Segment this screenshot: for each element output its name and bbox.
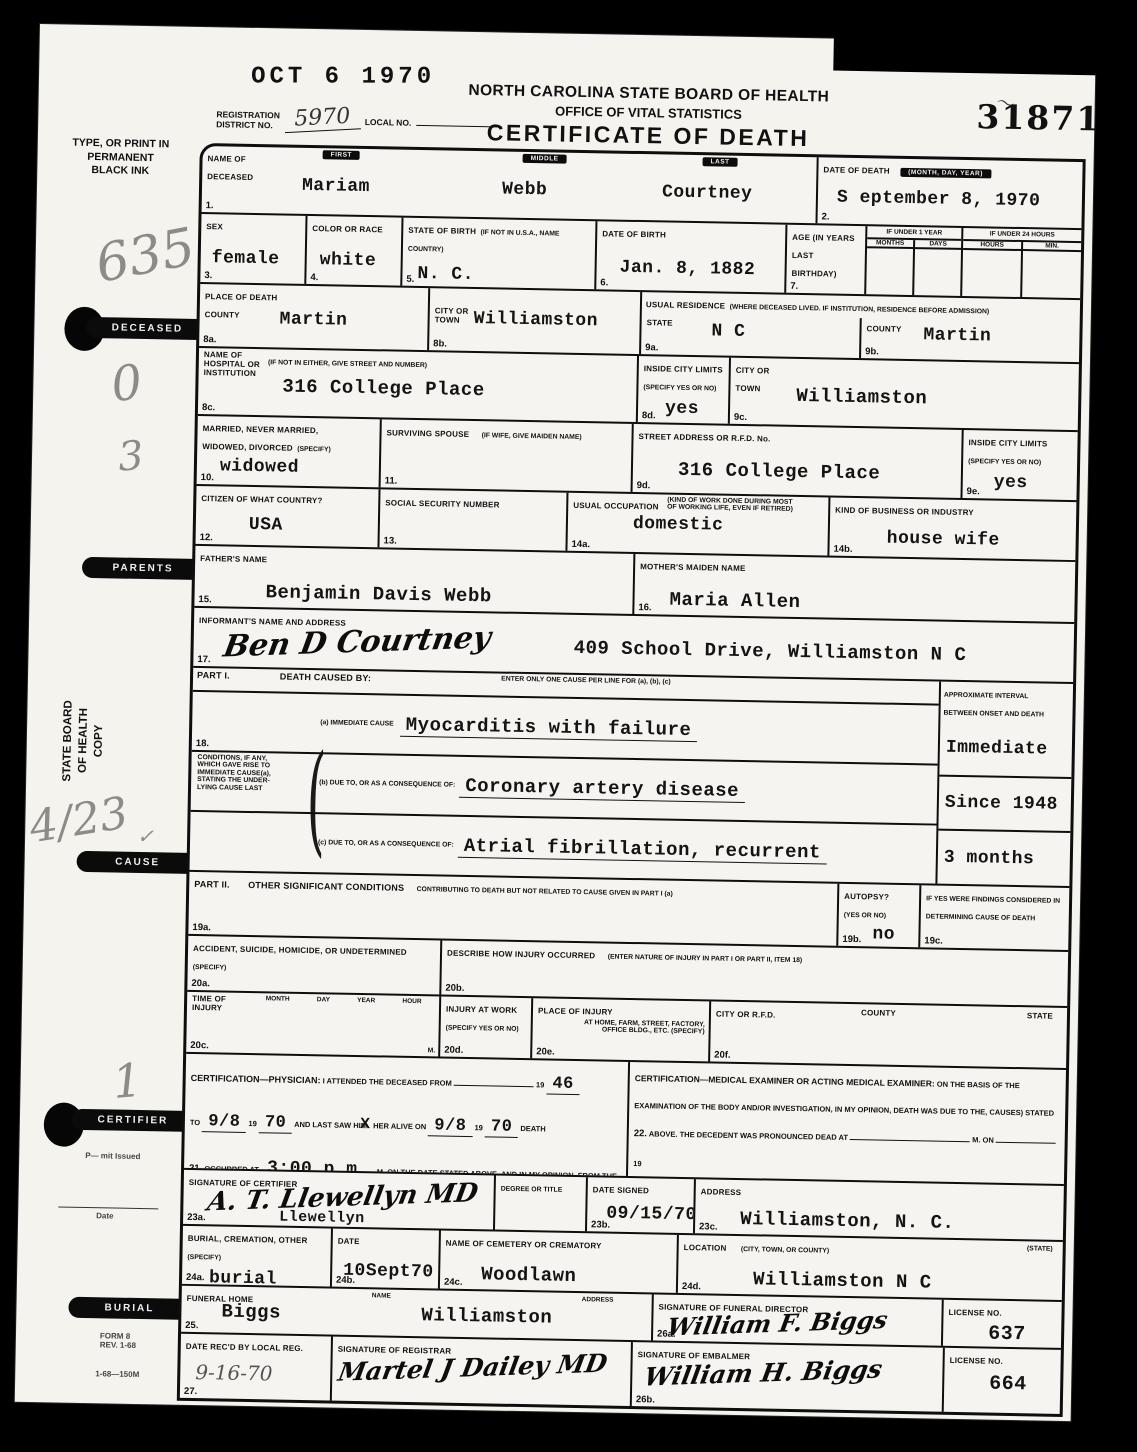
license1-label: LICENSE NO. xyxy=(948,1308,1001,1318)
item-18: 18. xyxy=(196,738,209,749)
marital-sub: (SPECIFY) xyxy=(297,446,331,454)
cert-to-label: TO xyxy=(190,1118,200,1127)
res-limits-value: yes xyxy=(994,473,1073,494)
print-instruction: TYPE, OR PRINT IN PERMANENT BLACK INK xyxy=(55,136,186,179)
time-m-suffix: M. xyxy=(428,1047,436,1055)
pencil-number-635: 635 xyxy=(91,217,200,295)
item-24c: 24c. xyxy=(444,1277,463,1288)
cert-me-m-on: M. ON xyxy=(972,1136,994,1145)
form-number: FORM 8 REV. 1-68 xyxy=(100,1331,136,1350)
name-of-deceased-label: NAME OF DECEASED xyxy=(207,154,253,182)
month-col: MONTH xyxy=(266,995,290,1002)
sex-value: female xyxy=(212,248,301,270)
line-b-label: (b) DUE TO, OR AS A CONSEQUENCE OF: xyxy=(319,780,455,790)
street-label: STREET ADDRESS OR R.F.D. No. xyxy=(638,432,770,443)
interval-c: 3 months xyxy=(944,847,1035,869)
interval-a: Immediate xyxy=(946,738,1048,760)
year-col: YEAR xyxy=(357,997,375,1004)
pencil-checkmark: ✓ xyxy=(137,824,154,848)
informant-signature: Ben D Courtney xyxy=(221,620,494,664)
age-label: AGE (IN YEARS LAST BIRTHDAY) xyxy=(791,233,854,279)
pencil-number-0: 0 xyxy=(108,354,145,413)
permit-issued-note: P— mit Issued xyxy=(85,1151,140,1161)
hour-col: HOUR xyxy=(402,998,421,1005)
ssn-label: SOCIAL SECURITY NUMBER xyxy=(385,498,499,509)
sex-label: SEX xyxy=(206,222,223,231)
cert-phys-t2: AND LAST SAW xyxy=(294,1120,351,1130)
cert-19c: 19 xyxy=(474,1123,483,1132)
degree-or-title-label: DEGREE OR TITLE xyxy=(501,1186,563,1194)
item-23c: 23c. xyxy=(699,1221,718,1232)
cause-b-value: Coronary artery disease xyxy=(459,774,745,802)
item-20b: 20b. xyxy=(445,983,464,994)
date-of-death-value: S eptember 8, 1970 xyxy=(837,188,1078,212)
days-header: DAYS xyxy=(915,240,961,250)
cert-me-19: 19 xyxy=(633,1159,642,1168)
burial-location-label: LOCATION xyxy=(684,1243,727,1253)
interval-label: APPROXIMATE INTERVAL BETWEEN ONSET AND D… xyxy=(943,692,1044,719)
print-run-code: 1-68—150M xyxy=(95,1369,139,1379)
residence-city-value: Williamston xyxy=(796,385,927,409)
cert-me-t2: EXAMINATION OF THE BODY AND/OR INVESTIGA… xyxy=(634,1101,1054,1118)
burial-sub: (SPECIFY) xyxy=(187,1254,221,1262)
place-of-injury-sub: AT HOME, FARM, STREET, FACTORY, OFFICE B… xyxy=(538,1018,705,1036)
first-name-value: Mariam xyxy=(302,176,370,197)
first-header: FIRST xyxy=(323,150,360,160)
item-24b: 24b. xyxy=(336,1275,355,1286)
pencil-number-423: 4/23 xyxy=(26,787,132,853)
local-no-blank xyxy=(416,113,502,128)
funeral-address-value: Williamston xyxy=(421,1304,552,1328)
findings-label: IF YES WERE FINDINGS CONSIDERED IN DETER… xyxy=(926,895,1060,922)
occupation-sub: (KIND OF WORK DONE DURING MOST OF WORKIN… xyxy=(667,497,793,514)
day-col: DAY xyxy=(317,996,330,1003)
min-header: MIN. xyxy=(1023,242,1081,252)
residence-state-label: STATE xyxy=(647,318,673,328)
line-a-label: (a) IMMEDIATE CAUSE xyxy=(320,720,394,729)
interval-b: Since 1948 xyxy=(945,793,1058,815)
item-9b: 9b. xyxy=(865,346,879,357)
res-limits-label: INSIDE CITY LIMITS xyxy=(968,438,1047,448)
autopsy-sub: (YES OR NO) xyxy=(844,912,886,920)
citizen-value: USA xyxy=(249,515,374,537)
injury-at-work-sub: (SPECIFY YES OR NO) xyxy=(446,1025,519,1033)
burial-location-sub1: (CITY, TOWN, OR COUNTY) xyxy=(741,1246,829,1255)
item-19b: 19b. xyxy=(842,934,861,945)
accident-label: ACCIDENT, SUICIDE, HOMICIDE, OR UNDETERM… xyxy=(193,944,407,957)
funeral-name-header: NAME xyxy=(372,1292,391,1299)
item-14a: 14a. xyxy=(571,539,590,550)
cert-19b: 19 xyxy=(248,1119,257,1128)
months-header: MONTHS xyxy=(867,239,913,249)
item-10: 10. xyxy=(201,472,214,483)
pencil-number-1: 1 xyxy=(110,1053,144,1109)
margin-date-line xyxy=(58,1207,158,1210)
certificate-form: NAME OF DECEASED FIRST MIDDLE LAST Maria… xyxy=(177,143,1086,1417)
describe-injury-sub: (ENTER NATURE OF INJURY IN PART I OR PAR… xyxy=(608,954,803,965)
tab-deceased: DECEASED xyxy=(86,317,208,340)
spouse-label: SURVIVING SPOUSE xyxy=(386,428,469,439)
pod-city-label: CITY OR TOWN xyxy=(435,306,469,325)
occupation-label: USUAL OCCUPATION xyxy=(573,501,659,512)
item-17: 17. xyxy=(197,654,210,665)
registration-district-line: REGISTRATION DISTRICT NO. 5970 LOCAL NO. xyxy=(216,103,516,134)
pod-limits-sub: (SPECIFY YES OR NO) xyxy=(643,384,716,392)
part1-label: PART I. xyxy=(197,670,230,689)
part2-other: OTHER SIGNIFICANT CONDITIONS xyxy=(248,880,404,893)
time-of-injury-label: TIME OF INJURY xyxy=(192,994,226,1013)
item-1: 1. xyxy=(206,200,214,211)
pod-city-value: Williamston xyxy=(473,309,598,331)
item-2: 2. xyxy=(821,211,829,222)
him-strikeout-x: X xyxy=(360,1115,370,1132)
item-19a: 19a. xyxy=(192,922,211,933)
item-23a: 23a. xyxy=(187,1212,206,1223)
item-26b: 26b. xyxy=(636,1394,655,1405)
item-23b: 23b. xyxy=(591,1219,610,1230)
item-20d: 20d. xyxy=(444,1045,463,1056)
autopsy-value: no xyxy=(872,924,895,944)
local-no-label: LOCAL NO. xyxy=(365,117,412,128)
res-limits-sub: (SPECIFY YES OR NO) xyxy=(968,458,1041,466)
item-9a: 9a. xyxy=(645,342,658,353)
state-of-birth-value: N. C. xyxy=(417,264,590,287)
pod-limits-value: yes xyxy=(665,399,724,420)
license2-value: 664 xyxy=(989,1373,1056,1397)
cemetery-value: Woodlawn xyxy=(481,1263,672,1288)
tab-cause: CAUSE xyxy=(76,851,198,874)
last-name-value: Courtney xyxy=(662,182,753,204)
citizen-label: CITIZEN OF WHAT COUNTRY? xyxy=(201,494,322,505)
date-of-birth-label: DATE OF BIRTH xyxy=(602,229,666,239)
license2-label: LICENSE NO. xyxy=(950,1356,1003,1366)
cert-19a: 19 xyxy=(536,1080,545,1089)
last-header: LAST xyxy=(703,157,738,167)
cert-death-word: DEATH xyxy=(520,1124,545,1133)
father-value: Benjamin Davis Webb xyxy=(265,581,628,610)
burial-date-label: DATE xyxy=(338,1237,360,1246)
item-12: 12. xyxy=(200,532,213,543)
line-c-label: (c) DUE TO, OR AS A CONSEQUENCE OF: xyxy=(318,839,454,849)
item-11: 11. xyxy=(385,475,398,486)
item-9d: 9d. xyxy=(637,480,651,491)
item-9e: 9e. xyxy=(966,486,979,497)
item-16: 16. xyxy=(638,602,651,613)
cert-to-value: 9/8 xyxy=(202,1112,246,1133)
race-value: white xyxy=(320,250,397,271)
item-19c: 19c. xyxy=(924,935,943,946)
occupation-value: domestic xyxy=(633,514,824,537)
margin-date-label: Date xyxy=(96,1211,114,1220)
state-of-birth-label: STATE OF BIRTH xyxy=(408,226,476,236)
item-4: 4. xyxy=(310,272,318,283)
informant-address: 409 School Drive, Williamston N C xyxy=(573,637,966,666)
item-3: 3. xyxy=(204,270,212,281)
item-26a: 26a. xyxy=(657,1329,676,1340)
scanned-certificate-page: TYPE, OR PRINT IN PERMANENT BLACK INK 63… xyxy=(15,24,1096,1421)
hours-header: HOURS xyxy=(963,241,1021,251)
date-signed-value: 09/15/70 xyxy=(606,1204,689,1226)
item-8b: 8b. xyxy=(433,338,447,349)
residence-county-value: Martin xyxy=(923,325,991,346)
burial-label: BURIAL, CREMATION, OTHER xyxy=(188,1234,308,1245)
cert-physician-label: CERTIFICATION—PHYSICIAN: xyxy=(191,1073,321,1085)
license1-value: 637 xyxy=(988,1323,1057,1347)
usual-residence-sub: (WHERE DECEASED LIVED. IF INSTITUTION, R… xyxy=(730,304,990,316)
burial-date-value: 10Sept70 xyxy=(343,1261,434,1283)
date-signed-label: DATE SIGNED xyxy=(593,1185,649,1195)
industry-label: KIND OF BUSINESS OR INDUSTRY xyxy=(835,506,974,518)
residence-county-label: COUNTY xyxy=(866,324,901,334)
place-of-injury-label: PLACE OF INJURY xyxy=(538,1006,613,1016)
hospital-value: 316 College Place xyxy=(282,376,485,402)
cert-to-year: 70 xyxy=(259,1113,293,1134)
date-recd-label: DATE REC'D BY LOCAL REG. xyxy=(186,1342,304,1353)
tab-burial: BURIAL xyxy=(68,1297,190,1320)
date-of-birth-value: Jan. 8, 1882 xyxy=(619,258,780,281)
item-25: 25. xyxy=(185,1320,198,1331)
item-22: 22. xyxy=(634,1128,647,1139)
burial-location-sub2: (STATE) xyxy=(1027,1245,1053,1253)
burial-location-value: Williamston N C xyxy=(753,1268,1058,1296)
item-20a: 20a. xyxy=(191,978,210,989)
item-15: 15. xyxy=(198,594,211,605)
funeral-address-header: ADDRESS xyxy=(582,1296,614,1304)
father-label: FATHER'S NAME xyxy=(200,554,267,564)
race-label: COLOR OR RACE xyxy=(312,224,383,234)
mother-value: Maria Allen xyxy=(669,589,1070,618)
item-6: 6. xyxy=(600,277,608,288)
funeral-name-value: Biggs xyxy=(221,1301,281,1324)
certifier-address-value: Williamston, N. C. xyxy=(740,1208,1059,1236)
certifier-address-label: ADDRESS xyxy=(701,1187,742,1197)
date-recd-value: 9-16-70 xyxy=(195,1360,326,1386)
tab-certifier: CERTIFIER xyxy=(72,1109,194,1132)
item-24a: 24a. xyxy=(186,1272,205,1283)
injury-county-label: COUNTY xyxy=(861,1008,896,1018)
certificate-number: 31871 xyxy=(976,97,1102,138)
injury-city-label: CITY OR R.F.D. xyxy=(716,1010,776,1020)
funeral-director-signature: William F. Biggs xyxy=(665,1305,890,1342)
marital-value: widowed xyxy=(220,456,375,479)
hospital-label: NAME OF HOSPITAL OR INSTITUTION xyxy=(204,350,261,379)
residence-state-value: N C xyxy=(711,321,745,342)
cert-from-year: 46 xyxy=(546,1074,580,1095)
item-8d: 8d. xyxy=(642,410,656,421)
item-9c: 9c. xyxy=(734,412,747,423)
date-of-death-sub: (MONTH, DAY, YEAR) xyxy=(900,168,991,179)
part1-note: ENTER ONLY ONE CAUSE PER LINE FOR (a), (… xyxy=(501,676,671,697)
item-8a: 8a. xyxy=(203,334,216,345)
mother-label: MOTHER'S MAIDEN NAME xyxy=(640,562,746,573)
place-of-death-label: PLACE OF DEATH xyxy=(205,292,278,302)
spouse-sub: (IF WIFE, GIVE MAIDEN NAME) xyxy=(482,432,582,441)
autopsy-label: AUTOPSY? xyxy=(844,892,889,902)
injury-state-label: STATE xyxy=(1027,1011,1053,1021)
tab-parents: PARENTS xyxy=(82,557,204,580)
item-27: 27. xyxy=(184,1386,197,1397)
middle-header: MIDDLE xyxy=(523,154,567,164)
date-of-death-label: DATE OF DEATH xyxy=(823,165,889,175)
pod-county-label: COUNTY xyxy=(205,310,240,320)
usual-residence-label: USUAL RESIDENCE xyxy=(646,300,725,310)
cause-c-value: Atrial fibrillation, recurrent xyxy=(458,834,827,864)
cert-me-label: CERTIFICATION—MEDICAL EXAMINER OR ACTING… xyxy=(635,1073,935,1088)
middle-name-value: Webb xyxy=(502,179,548,200)
injury-at-work-label: INJURY AT WORK xyxy=(446,1005,517,1015)
cert-saw-year: 70 xyxy=(485,1118,519,1139)
pod-limits-label: INSIDE CITY LIMITS xyxy=(644,364,723,374)
item-13: 13. xyxy=(383,535,396,546)
cause-a-value: Myocarditis with failure xyxy=(400,713,698,741)
cert-me-t3: ABOVE. THE DECEDENT WAS PRONOUNCED DEAD … xyxy=(649,1130,848,1143)
cert-phys-t1: I ATTENDED THE DECEASED FROM xyxy=(323,1076,452,1087)
part1-caused-by: DEATH CAUSED BY: xyxy=(280,672,372,692)
describe-injury-label: DESCRIBE HOW INJURY OCCURRED xyxy=(447,949,595,961)
street-value: 316 College Place xyxy=(678,459,957,486)
item-7: 7. xyxy=(790,281,798,292)
residence-city-label: CITY OR TOWN xyxy=(735,366,769,393)
scan-corner-artifact xyxy=(833,33,1100,76)
item-20c: 20c. xyxy=(190,1040,209,1051)
part2-note: CONTRIBUTING TO DEATH BUT NOT RELATED TO… xyxy=(417,886,673,898)
certifier-typed-name: Llewellyn xyxy=(279,1209,365,1228)
item-14b: 14b. xyxy=(833,544,852,555)
cert-her: HER ALIVE ON xyxy=(373,1121,426,1131)
industry-value: house wife xyxy=(887,529,1072,552)
pod-county-value: Martin xyxy=(279,309,347,330)
cert-me-t1: ON THE BASIS OF THE xyxy=(937,1080,1020,1091)
item-8c: 8c. xyxy=(202,402,215,413)
burial-value: burial xyxy=(209,1268,326,1286)
accident-sub: (SPECIFY) xyxy=(193,964,227,972)
item-5: 5. xyxy=(406,274,414,285)
item-20f: 20f. xyxy=(714,1050,731,1061)
hospital-sub: (IF NOT IN EITHER, GIVE STREET AND NUMBE… xyxy=(268,359,427,369)
cert-saw-value: 9/8 xyxy=(428,1116,472,1137)
cemetery-label: NAME OF CEMETERY OR CREMATORY xyxy=(446,1239,602,1251)
registration-district-label: REGISTRATION DISTRICT NO. xyxy=(216,109,280,131)
part2-label: PART II. xyxy=(194,879,230,890)
item-20e: 20e. xyxy=(536,1046,555,1057)
item-24d: 24d. xyxy=(682,1281,701,1292)
pencil-number-3: 3 xyxy=(116,433,145,481)
registration-district-value: 5970 xyxy=(284,103,361,133)
